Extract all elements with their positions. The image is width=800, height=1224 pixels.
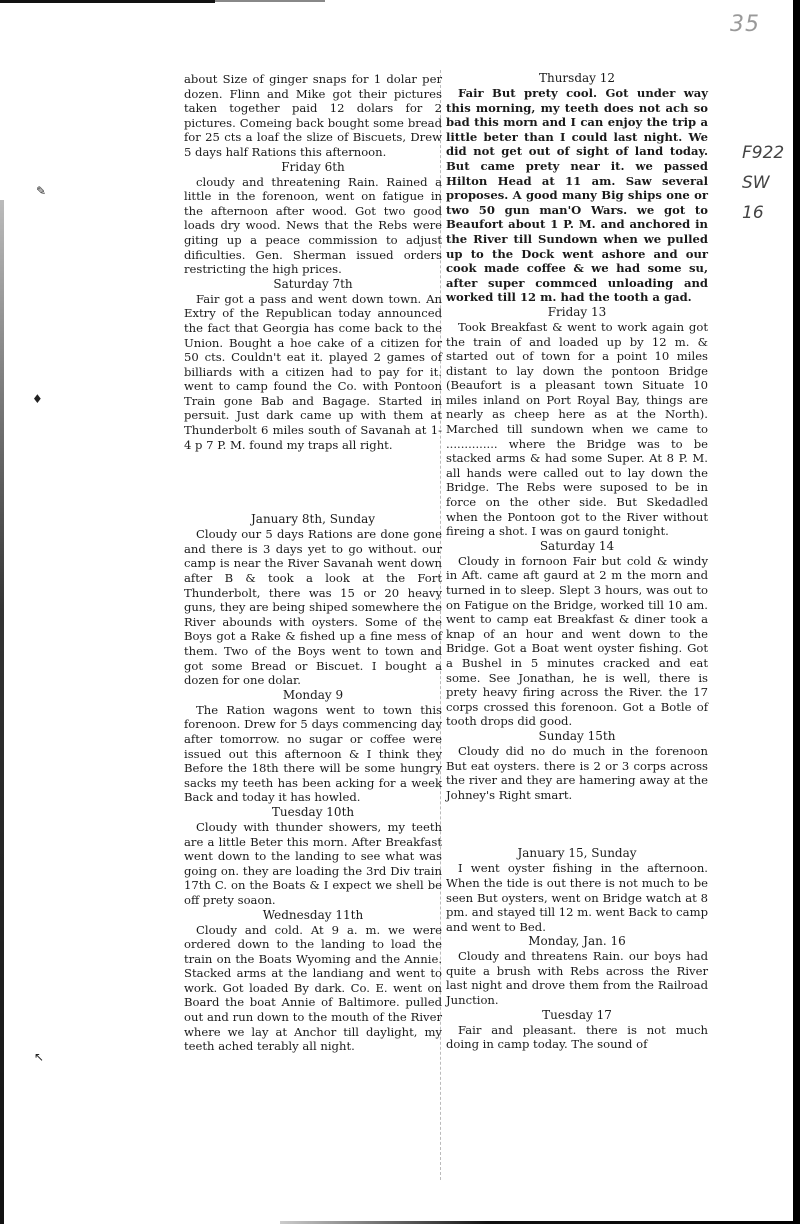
blank-space: [184, 452, 442, 512]
entry-heading: Tuesday 10th: [184, 805, 442, 820]
continuation-text: about Size of ginger snaps for 1 dolar p…: [184, 72, 442, 160]
entry-text: Cloudy with thunder showers, my teeth ar…: [184, 820, 442, 908]
entry-heading: January 8th, Sunday: [184, 512, 442, 527]
scan-border-top: [0, 0, 215, 3]
entry-text: Cloudy and threatens Rain. our boys had …: [446, 949, 708, 1007]
handwritten-page-number: 35: [730, 12, 760, 37]
entry-text: Cloudy did no do much in the forenoon Bu…: [446, 744, 708, 802]
entry-heading: Friday 13: [446, 305, 708, 320]
entry-text: Cloudy our 5 days Rations are done gone …: [184, 527, 442, 688]
entry-heading: Monday, Jan. 16: [446, 934, 708, 949]
entry-text: Fair and pleasant. there is not much doi…: [446, 1023, 708, 1052]
margin-note-line: F922: [742, 138, 800, 168]
column-right: Thursday 12 Fair But prety cool. Got und…: [446, 71, 708, 1052]
margin-note-line: 16: [742, 198, 800, 228]
entry-text: Cloudy and cold. At 9 a. m. we were orde…: [184, 923, 442, 1054]
entry-heading: January 15, Sunday: [446, 846, 708, 861]
entry-text: Fair But prety cool. Got under way this …: [446, 86, 708, 305]
entry-text: Took Breakfast & went to work again got …: [446, 320, 708, 539]
ink-blot-mark: ✎: [36, 184, 46, 198]
ink-blot-mark: ↖: [34, 1050, 44, 1064]
entry-heading: Sunday 15th: [446, 729, 708, 744]
entry-text: Cloudy in fornoon Fair but cold & windy …: [446, 554, 708, 729]
ink-blot-mark: ♦: [32, 392, 43, 406]
entry-heading: Thursday 12: [446, 71, 708, 86]
entry-heading: Friday 6th: [184, 160, 442, 175]
entry-heading: Tuesday 17: [446, 1008, 708, 1023]
entry-text: cloudy and threatening Rain. Rained a li…: [184, 175, 442, 277]
scan-border-top-fade: [215, 0, 325, 2]
entry-heading: Saturday 7th: [184, 277, 442, 292]
entry-heading: Wednesday 11th: [184, 908, 442, 923]
blank-space: [446, 802, 708, 846]
entry-heading: Saturday 14: [446, 539, 708, 554]
entry-heading: Monday 9: [184, 688, 442, 703]
column-left: about Size of ginger snaps for 1 dolar p…: [184, 72, 442, 1054]
entry-text: I went oyster fishing in the afternoon. …: [446, 861, 708, 934]
scan-border-left: [0, 200, 4, 1224]
margin-note-line: SW: [742, 168, 800, 198]
entry-text: Fair got a pass and went down town. An E…: [184, 292, 442, 453]
entry-text: The Ration wagons went to town this fore…: [184, 703, 442, 805]
handwritten-margin-note: F922 SW 16: [742, 138, 800, 228]
